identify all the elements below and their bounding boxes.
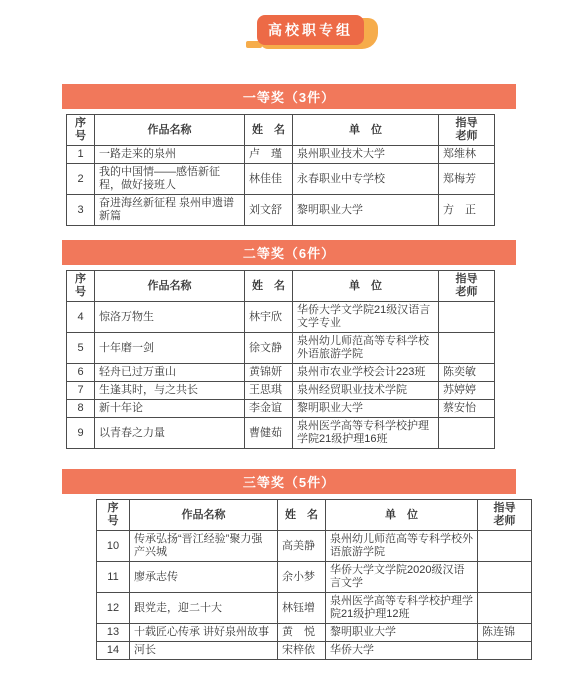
table-row: 10传承弘扬“晋江经验”聚力强产兴城高美静泉州幼儿师范高等专科学校外语旅游学院	[97, 531, 532, 562]
table-header-row: 序 号作品名称姓 名单 位指导 老师	[97, 500, 532, 531]
cell-unit: 华侨大学文学院21级汉语言文学专业	[293, 302, 439, 333]
cell-no: 8	[67, 400, 95, 418]
cell-teacher: 陈奕敏	[439, 364, 495, 382]
cell-name: 曹健茹	[245, 418, 293, 449]
cell-name: 林宇欣	[245, 302, 293, 333]
cell-no: 2	[67, 164, 95, 195]
column-header-unit: 单 位	[293, 271, 439, 302]
cell-no: 6	[67, 364, 95, 382]
cell-title: 十年磨一剑	[95, 333, 245, 364]
cell-unit: 黎明职业大学	[293, 400, 439, 418]
cell-name: 林钰增	[278, 593, 326, 624]
table-row: 1一路走来的泉州卢 瑾泉州职业技术大学郑维林	[67, 146, 495, 164]
cell-name: 李金谊	[245, 400, 293, 418]
group-banner-label: 高校职专组	[257, 15, 364, 45]
column-header-title: 作品名称	[130, 500, 278, 531]
awards-table: 序 号作品名称姓 名单 位指导 老师4惊洛万物生林宇欣华侨大学文学院21级汉语言…	[66, 270, 495, 449]
cell-unit: 泉州医学高等专科学校护理学院21级护理12班	[326, 593, 478, 624]
awards-table: 序 号作品名称姓 名单 位指导 老师10传承弘扬“晋江经验”聚力强产兴城高美静泉…	[96, 499, 532, 660]
cell-no: 3	[67, 195, 95, 226]
cell-name: 林佳佳	[245, 164, 293, 195]
cell-no: 5	[67, 333, 95, 364]
column-header-no: 序 号	[97, 500, 130, 531]
cell-unit: 华侨大学	[326, 642, 478, 660]
cell-title: 生逢其时，与之共长	[95, 382, 245, 400]
cell-no: 1	[67, 146, 95, 164]
table-row: 9以青春之力量曹健茹泉州医学高等专科学校护理学院21级护理16班	[67, 418, 495, 449]
cell-name: 黄 悦	[278, 624, 326, 642]
cell-unit: 泉州医学高等专科学校护理学院21级护理16班	[293, 418, 439, 449]
cell-no: 7	[67, 382, 95, 400]
cell-teacher	[478, 593, 532, 624]
cell-teacher: 方 正	[439, 195, 495, 226]
cell-unit: 黎明职业大学	[293, 195, 439, 226]
column-header-teacher: 指导 老师	[439, 115, 495, 146]
cell-no: 10	[97, 531, 130, 562]
cell-unit: 泉州职业技术大学	[293, 146, 439, 164]
column-header-title: 作品名称	[95, 271, 245, 302]
cell-title: 跟党走，迎二十大	[130, 593, 278, 624]
group-banner: 高校职专组	[246, 14, 380, 51]
column-header-no: 序 号	[67, 271, 95, 302]
cell-name: 卢 瑾	[245, 146, 293, 164]
award-sections: 一等奖（3件）序 号作品名称姓 名单 位指导 老师1一路走来的泉州卢 瑾泉州职业…	[0, 0, 578, 660]
section-title-bar: 二等奖（6件）	[62, 240, 516, 265]
column-header-name: 姓 名	[245, 115, 293, 146]
cell-title: 廖承志传	[130, 562, 278, 593]
cell-no: 13	[97, 624, 130, 642]
table-row: 7生逢其时，与之共长王思琪泉州经贸职业技术学院苏婷婷	[67, 382, 495, 400]
table-row: 11廖承志传余小梦华侨大学文学院2020级汉语言文学	[97, 562, 532, 593]
column-header-name: 姓 名	[245, 271, 293, 302]
table-row: 12跟党走，迎二十大林钰增泉州医学高等专科学校护理学院21级护理12班	[97, 593, 532, 624]
cell-name: 余小梦	[278, 562, 326, 593]
cell-unit: 黎明职业大学	[326, 624, 478, 642]
cell-teacher: 陈连锦	[478, 624, 532, 642]
awards-table: 序 号作品名称姓 名单 位指导 老师1一路走来的泉州卢 瑾泉州职业技术大学郑维林…	[66, 114, 495, 226]
cell-no: 14	[97, 642, 130, 660]
column-header-unit: 单 位	[293, 115, 439, 146]
cell-title: 我的中国情——感悟新征程，做好接班人	[95, 164, 245, 195]
cell-title: 惊洛万物生	[95, 302, 245, 333]
cell-unit: 泉州幼儿师范高等专科学校外语旅游学院	[293, 333, 439, 364]
table-row: 4惊洛万物生林宇欣华侨大学文学院21级汉语言文学专业	[67, 302, 495, 333]
cell-teacher: 蔡安怡	[439, 400, 495, 418]
cell-no: 9	[67, 418, 95, 449]
table-header-row: 序 号作品名称姓 名单 位指导 老师	[67, 115, 495, 146]
cell-no: 4	[67, 302, 95, 333]
table-row: 14河长宋梓依华侨大学	[97, 642, 532, 660]
table-row: 2我的中国情——感悟新征程，做好接班人林佳佳永春职业中专学校郑梅芳	[67, 164, 495, 195]
column-header-unit: 单 位	[326, 500, 478, 531]
table-row: 13十载匠心传承 讲好泉州故事黄 悦黎明职业大学陈连锦	[97, 624, 532, 642]
cell-name: 黄锦妍	[245, 364, 293, 382]
column-header-title: 作品名称	[95, 115, 245, 146]
cell-no: 11	[97, 562, 130, 593]
table-header-row: 序 号作品名称姓 名单 位指导 老师	[67, 271, 495, 302]
table-row: 6轻舟已过万重山黄锦妍泉州市农业学校会计223班陈奕敏	[67, 364, 495, 382]
cell-title: 一路走来的泉州	[95, 146, 245, 164]
cell-teacher	[439, 333, 495, 364]
column-header-name: 姓 名	[278, 500, 326, 531]
cell-teacher	[478, 642, 532, 660]
cell-name: 高美静	[278, 531, 326, 562]
cell-name: 徐文静	[245, 333, 293, 364]
cell-title: 以青春之力量	[95, 418, 245, 449]
cell-unit: 泉州市农业学校会计223班	[293, 364, 439, 382]
cell-teacher: 苏婷婷	[439, 382, 495, 400]
section-title-bar: 三等奖（5件）	[62, 469, 516, 494]
cell-teacher: 郑梅芳	[439, 164, 495, 195]
section-title-bar: 一等奖（3件）	[62, 84, 516, 109]
cell-title: 奋进海丝新征程 泉州申遗谱新篇	[95, 195, 245, 226]
cell-teacher	[478, 531, 532, 562]
cell-unit: 华侨大学文学院2020级汉语言文学	[326, 562, 478, 593]
cell-unit: 泉州幼儿师范高等专科学校外语旅游学院	[326, 531, 478, 562]
cell-name: 宋梓依	[278, 642, 326, 660]
cell-unit: 泉州经贸职业技术学院	[293, 382, 439, 400]
table-row: 3奋进海丝新征程 泉州申遗谱新篇刘文舒黎明职业大学方 正	[67, 195, 495, 226]
cell-name: 王思琪	[245, 382, 293, 400]
column-header-teacher: 指导 老师	[439, 271, 495, 302]
table-row: 5十年磨一剑徐文静泉州幼儿师范高等专科学校外语旅游学院	[67, 333, 495, 364]
cell-title: 轻舟已过万重山	[95, 364, 245, 382]
cell-teacher	[478, 562, 532, 593]
cell-teacher	[439, 418, 495, 449]
column-header-no: 序 号	[67, 115, 95, 146]
cell-title: 新十年论	[95, 400, 245, 418]
cell-title: 河长	[130, 642, 278, 660]
cell-name: 刘文舒	[245, 195, 293, 226]
cell-title: 传承弘扬“晋江经验”聚力强产兴城	[130, 531, 278, 562]
cell-title: 十载匠心传承 讲好泉州故事	[130, 624, 278, 642]
table-row: 8新十年论李金谊黎明职业大学蔡安怡	[67, 400, 495, 418]
cell-unit: 永春职业中专学校	[293, 164, 439, 195]
column-header-teacher: 指导 老师	[478, 500, 532, 531]
cell-teacher: 郑维林	[439, 146, 495, 164]
cell-no: 12	[97, 593, 130, 624]
cell-teacher	[439, 302, 495, 333]
